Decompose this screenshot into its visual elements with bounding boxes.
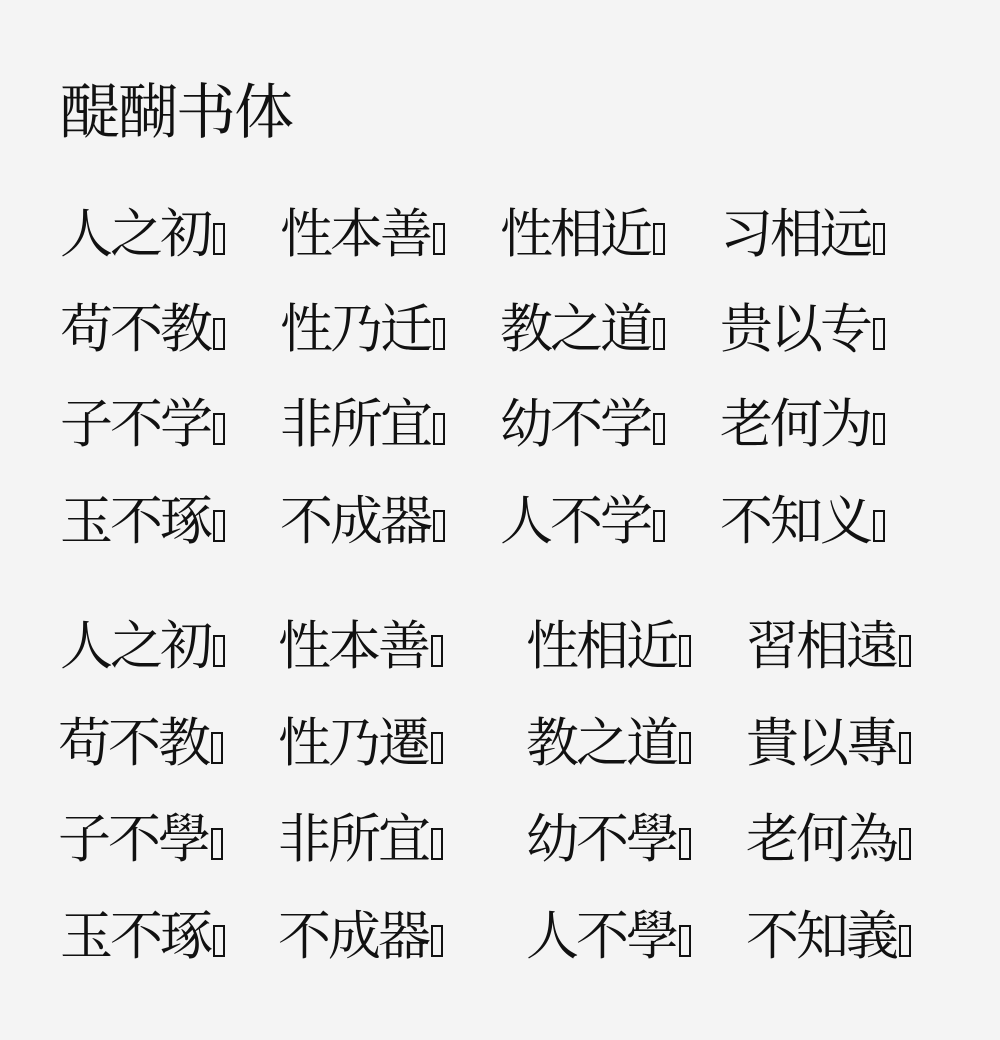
phrase-text: 習相遠 bbox=[746, 612, 896, 682]
missing-glyph-icon bbox=[679, 828, 691, 860]
phrase-cell: 性相近 bbox=[526, 612, 691, 682]
phrase-text: 性相近 bbox=[500, 200, 650, 270]
phrase-text: 非所宜 bbox=[280, 390, 430, 460]
phrase-cell: 幼不學 bbox=[526, 805, 691, 875]
missing-glyph-icon bbox=[653, 223, 665, 255]
phrase-text: 老何为 bbox=[720, 390, 870, 460]
phrase-text: 不知义 bbox=[720, 487, 870, 557]
missing-glyph-icon bbox=[213, 925, 225, 957]
phrase-text: 幼不学 bbox=[500, 390, 650, 460]
missing-glyph-icon bbox=[899, 635, 911, 667]
missing-glyph-icon bbox=[873, 413, 885, 445]
traditional-row-2: 苟不教 性乃遷 教之道 貴以專 bbox=[60, 709, 960, 779]
phrase-cell: 苟不教 bbox=[60, 295, 225, 365]
phrase-cell: 贵以专 bbox=[720, 295, 885, 365]
missing-glyph-icon bbox=[433, 318, 445, 350]
missing-glyph-icon bbox=[899, 828, 911, 860]
missing-glyph-icon bbox=[653, 510, 665, 542]
phrase-cell: 不成器 bbox=[280, 487, 445, 557]
phrase-text: 子不學 bbox=[58, 805, 208, 875]
phrase-text: 人之初 bbox=[60, 200, 210, 270]
missing-glyph-icon bbox=[653, 318, 665, 350]
phrase-cell: 不知義 bbox=[746, 902, 911, 972]
phrase-cell: 人之初 bbox=[60, 200, 225, 270]
missing-glyph-icon bbox=[679, 925, 691, 957]
phrase-cell: 玉不琢 bbox=[60, 902, 225, 972]
phrase-cell: 子不學 bbox=[58, 805, 223, 875]
missing-glyph-icon bbox=[431, 732, 443, 764]
phrase-text: 貴以專 bbox=[746, 709, 896, 779]
phrase-text: 苟不教 bbox=[58, 709, 208, 779]
phrase-text: 性乃迁 bbox=[280, 295, 430, 365]
phrase-text: 幼不學 bbox=[526, 805, 676, 875]
missing-glyph-icon bbox=[211, 732, 223, 764]
missing-glyph-icon bbox=[899, 732, 911, 764]
phrase-text: 子不学 bbox=[60, 390, 210, 460]
phrase-text: 人不学 bbox=[500, 487, 650, 557]
phrase-cell: 人不學 bbox=[526, 902, 691, 972]
phrase-text: 不成器 bbox=[278, 902, 428, 972]
phrase-cell: 人之初 bbox=[60, 612, 225, 682]
phrase-text: 玉不琢 bbox=[60, 902, 210, 972]
phrase-text: 玉不琢 bbox=[60, 487, 210, 557]
missing-glyph-icon bbox=[433, 223, 445, 255]
simplified-row-4: 玉不琢 不成器 人不学 不知义 bbox=[60, 487, 960, 557]
missing-glyph-icon bbox=[899, 925, 911, 957]
phrase-text: 性本善 bbox=[278, 612, 428, 682]
phrase-cell: 幼不学 bbox=[500, 390, 665, 460]
phrase-cell: 性乃迁 bbox=[280, 295, 445, 365]
phrase-text: 苟不教 bbox=[60, 295, 210, 365]
missing-glyph-icon bbox=[431, 925, 443, 957]
phrase-text: 性本善 bbox=[280, 200, 430, 270]
phrase-cell: 老何為 bbox=[746, 805, 911, 875]
phrase-text: 贵以专 bbox=[720, 295, 870, 365]
phrase-text: 不知義 bbox=[746, 902, 896, 972]
missing-glyph-icon bbox=[213, 413, 225, 445]
phrase-text: 教之道 bbox=[500, 295, 650, 365]
phrase-cell: 不成器 bbox=[278, 902, 443, 972]
missing-glyph-icon bbox=[873, 510, 885, 542]
phrase-cell: 不知义 bbox=[720, 487, 885, 557]
phrase-cell: 性相近 bbox=[500, 200, 665, 270]
phrase-text: 性乃遷 bbox=[278, 709, 428, 779]
traditional-row-1: 人之初 性本善 性相近 習相遠 bbox=[60, 612, 960, 682]
missing-glyph-icon bbox=[679, 635, 691, 667]
missing-glyph-icon bbox=[213, 635, 225, 667]
missing-glyph-icon bbox=[653, 413, 665, 445]
phrase-cell: 非所宜 bbox=[280, 390, 445, 460]
missing-glyph-icon bbox=[213, 223, 225, 255]
traditional-row-3: 子不學 非所宜 幼不學 老何為 bbox=[60, 805, 960, 875]
phrase-text: 性相近 bbox=[526, 612, 676, 682]
simplified-row-3: 子不学 非所宜 幼不学 老何为 bbox=[60, 390, 960, 460]
phrase-text: 人之初 bbox=[60, 612, 210, 682]
missing-glyph-icon bbox=[431, 828, 443, 860]
phrase-cell: 老何为 bbox=[720, 390, 885, 460]
phrase-cell: 性本善 bbox=[280, 200, 445, 270]
missing-glyph-icon bbox=[433, 510, 445, 542]
missing-glyph-icon bbox=[211, 828, 223, 860]
font-specimen-title: 醍醐书体 bbox=[60, 78, 292, 148]
missing-glyph-icon bbox=[873, 223, 885, 255]
simplified-row-1: 人之初 性本善 性相近 习相远 bbox=[60, 200, 960, 270]
missing-glyph-icon bbox=[213, 318, 225, 350]
phrase-cell: 習相遠 bbox=[746, 612, 911, 682]
phrase-text: 习相远 bbox=[720, 200, 870, 270]
phrase-text: 不成器 bbox=[280, 487, 430, 557]
phrase-cell: 教之道 bbox=[500, 295, 665, 365]
missing-glyph-icon bbox=[213, 510, 225, 542]
missing-glyph-icon bbox=[431, 635, 443, 667]
missing-glyph-icon bbox=[873, 318, 885, 350]
phrase-cell: 子不学 bbox=[60, 390, 225, 460]
phrase-cell: 性本善 bbox=[278, 612, 443, 682]
traditional-row-4: 玉不琢 不成器 人不學 不知義 bbox=[60, 902, 960, 972]
phrase-cell: 性乃遷 bbox=[278, 709, 443, 779]
missing-glyph-icon bbox=[433, 413, 445, 445]
phrase-cell: 貴以專 bbox=[746, 709, 911, 779]
phrase-cell: 苟不教 bbox=[58, 709, 223, 779]
phrase-text: 老何為 bbox=[746, 805, 896, 875]
phrase-text: 非所宜 bbox=[278, 805, 428, 875]
phrase-cell: 教之道 bbox=[526, 709, 691, 779]
missing-glyph-icon bbox=[679, 732, 691, 764]
phrase-cell: 人不学 bbox=[500, 487, 665, 557]
phrase-cell: 非所宜 bbox=[278, 805, 443, 875]
simplified-row-2: 苟不教 性乃迁 教之道 贵以专 bbox=[60, 295, 960, 365]
phrase-cell: 玉不琢 bbox=[60, 487, 225, 557]
phrase-text: 教之道 bbox=[526, 709, 676, 779]
phrase-text: 人不學 bbox=[526, 902, 676, 972]
phrase-cell: 习相远 bbox=[720, 200, 885, 270]
